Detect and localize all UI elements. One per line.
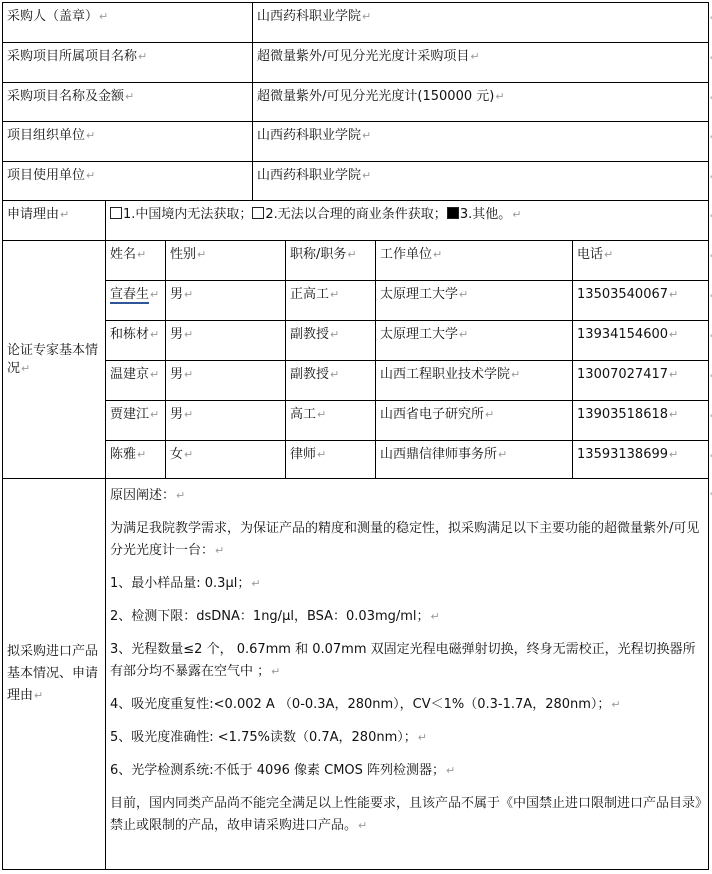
label-cell: 采购项目名称及金额↵ [3,83,253,122]
unit-text: 太原理工大学 [380,327,458,342]
row-parent-project: 采购项目所属项目名称↵ 超微量紫外/可见分光光度计采购项目↵ [3,43,709,83]
paragraph-mark-icon: ↵ [669,448,678,461]
title-text: 正高工 [290,287,329,302]
spec-text: 5、吸光度准确性: <1.75%读数（0.7A，280nm）； [110,730,417,745]
paragraph-mark-icon: ↵ [184,328,193,341]
paragraph-mark-icon: ↵ [362,10,371,23]
paragraph-mark-icon: ↵ [184,448,193,461]
paragraph-mark-icon: ↵ [138,50,147,63]
header-text: 性别 [170,247,196,262]
project-amount-label: 采购项目名称及金额 [7,89,124,104]
paragraph-mark-icon: ↵ [669,368,678,381]
reason-heading: 原因阐述：↵ [110,485,704,507]
checkbox-unchecked-icon[interactable] [110,207,122,219]
checkbox-unchecked-icon[interactable] [252,207,264,219]
column-header-name: 姓名↵ [106,241,166,281]
expert-title[interactable]: 副教授↵ [286,361,376,401]
unit-text: 山西鼎信律师事务所 [380,447,497,462]
gender-text: 女 [170,447,183,462]
row-purchaser: 采购人（盖章）↵ 山西药科职业学院↵ [3,3,709,43]
value-cell[interactable]: 山西药科职业学院↵ [253,122,709,162]
paragraph-mark-icon: ↵ [669,328,678,341]
paragraph-mark-icon: ↵ [511,368,520,381]
name-text: 贾建江 [110,407,149,422]
expert-phone[interactable]: 13503540067↵ [573,281,709,321]
paragraph-mark-icon: ↵ [459,288,468,301]
phone-text: 13007027417 [577,367,668,382]
paragraph-mark-icon: ↵ [184,408,193,421]
column-header-title: 职称/职务↵ [286,241,376,281]
parent-project-label: 采购项目所属项目名称 [7,49,137,64]
gender-text: 男 [170,287,183,302]
user-unit-label: 项目使用单位 [7,168,85,183]
spec-item: 1、最小样品量: 0.3μl；↵ [110,573,704,595]
procurement-form: 采购人（盖章）↵ 山西药科职业学院↵ 采购项目所属项目名称↵ 超微量紫外/可见分… [2,2,708,870]
paragraph-mark-icon: ↵ [347,248,356,261]
checkbox-checked-icon[interactable] [447,207,459,219]
value-cell[interactable]: 山西药科职业学院↵ [253,3,709,43]
gender-text: 男 [170,407,183,422]
paragraph-mark-icon: ↵ [99,10,108,23]
paragraph-mark-icon: ↵ [470,50,479,63]
title-text: 副教授 [290,367,329,382]
row-application-reason: 申请理由↵ 1.中国境内无法获取；2.无法以合理的商业条件获取；3.其他。↵ [3,201,709,241]
reason-option-1[interactable]: 1.中国境内无法获取； [110,207,252,222]
procurement-table: 采购人（盖章）↵ 山西药科职业学院↵ 采购项目所属项目名称↵ 超微量紫外/可见分… [2,2,709,870]
label-cell: 项目组织单位↵ [3,122,253,162]
paragraph-mark-icon: ↵ [86,169,95,182]
expert-name[interactable]: 贾建江↵ [106,401,166,441]
expert-unit[interactable]: 山西工程职业技术学院↵ [376,361,573,401]
value-cell[interactable]: 超微量紫外/可见分光光度计(150000 元)↵ [253,83,709,122]
paragraph-mark-icon: ↵ [459,328,468,341]
table-row: 贾建江↵ 男↵ 高工↵ 山西省电子研究所↵ 13903518618↵ [3,401,709,441]
spec-text: 3、光程数量≤2 个， 0.67mm 和 0.07mm 双固定光程电磁弹射切换，… [110,642,696,679]
expert-name[interactable]: 温建京↵ [106,361,166,401]
reason-option-2[interactable]: 2.无法以合理的商业条件获取； [252,207,446,222]
table-row: 温建京↵ 男↵ 副教授↵ 山西工程职业技术学院↵ 13007027417↵ [3,361,709,401]
paragraph-mark-icon: ↵ [34,689,43,702]
paragraph-mark-icon: ↵ [197,248,206,261]
paragraph-mark-icon: ↵ [330,328,339,341]
paragraph-mark-icon: ↵ [137,448,146,461]
expert-title[interactable]: 副教授↵ [286,321,376,361]
expert-name[interactable]: 和栋材↵ [106,321,166,361]
spec-item: 6、光学检测系统:不低于 4096 像素 CMOS 阵列检测器；↵ [110,760,704,782]
organizer-value: 山西药科职业学院 [257,128,361,143]
expert-unit[interactable]: 山西省电子研究所↵ [376,401,573,441]
paragraph-mark-icon: ↵ [433,248,442,261]
unit-text: 太原理工大学 [380,287,458,302]
column-header-phone: 电话↵ [573,241,709,281]
paragraph-mark-icon: ↵ [150,288,159,301]
spec-item: 4、吸光度重复性:<0.002 A （0-0.3A，280nm），CV＜1%（0… [110,694,704,716]
paragraph-mark-icon: ↵ [86,129,95,142]
paragraph-mark-icon: ↵ [495,90,504,103]
expert-title[interactable]: 高工↵ [286,401,376,441]
import-product-content-cell[interactable]: 原因阐述：↵ 为满足我院教学需求，为保证产品的精度和测量的稳定性，拟采购满足以下… [106,479,709,870]
paragraph-mark-icon: ↵ [446,764,455,777]
expert-name[interactable]: 陈雅↵ [106,441,166,479]
spec-item: 2、检测下限：dsDNA：1ng/μl，BSA：0.03mg/ml；↵ [110,606,704,628]
name-text: 宣春生 [110,287,149,304]
table-row: 宣春生↵ 男↵ 正高工↵ 太原理工大学↵ 13503540067↵ [3,281,709,321]
paragraph-mark-icon: ↵ [215,544,224,557]
spec-text: 2、检测下限：dsDNA：1ng/μl，BSA：0.03mg/ml； [110,609,430,624]
row-organizer: 项目组织单位↵ 山西药科职业学院↵ [3,122,709,162]
title-text: 律师 [290,447,316,462]
gender-text: 男 [170,367,183,382]
name-text: 温建京 [110,367,149,382]
label-cell: 采购项目所属项目名称↵ [3,43,253,83]
name-text: 陈雅 [110,447,136,462]
row-import-product: 拟采购进口产品基本情况、申请理由↵ 原因阐述：↵ 为满足我院教学需求，为保证产品… [3,479,709,870]
phone-text: 13503540067 [577,287,668,302]
row-project-amount: 采购项目名称及金额↵ 超微量紫外/可见分光光度计(150000 元)↵ [3,83,709,122]
column-header-unit: 工作单位↵ [376,241,573,281]
paragraph-mark-icon: ↵ [512,208,521,221]
paragraph-mark-icon: ↵ [184,368,193,381]
expert-gender[interactable]: 男↵ [166,321,286,361]
header-text: 姓名 [110,247,136,262]
experts-label-cell: 论证专家基本情况↵ [3,241,106,479]
reason-options-cell: 1.中国境内无法获取；2.无法以合理的商业条件获取；3.其他。↵ [106,201,709,241]
paragraph-mark-icon: ↵ [125,90,134,103]
expert-gender[interactable]: 男↵ [166,281,286,321]
paragraph-mark-icon: ↵ [60,208,69,221]
reason-option-3[interactable]: 3.其他。 [447,207,511,222]
paragraph-mark-icon: ↵ [358,819,367,832]
paragraph-mark-icon: ↵ [611,698,620,711]
paragraph-mark-icon: ↵ [604,248,613,261]
paragraph-mark-icon: ↵ [150,368,159,381]
paragraph-mark-icon: ↵ [176,489,185,502]
paragraph-mark-icon: ↵ [330,368,339,381]
paragraph-mark-icon: ↵ [669,408,678,421]
application-reason-label: 申请理由 [7,207,59,222]
paragraph-mark-icon: ↵ [251,577,260,590]
title-text: 副教授 [290,327,329,342]
expert-title[interactable]: 律师↵ [286,441,376,479]
import-product-label-cell: 拟采购进口产品基本情况、申请理由↵ [3,479,106,870]
table-row: 和栋材↵ 男↵ 副教授↵ 太原理工大学↵ 13934154600↵ [3,321,709,361]
organizer-label: 项目组织单位 [7,128,85,143]
project-amount-value: 超微量紫外/可见分光光度计(150000 元) [257,89,494,104]
conclusion-text: 目前，国内同类产品尚不能完全满足以上性能要求，且该产品不属于《中国禁止进口限制进… [110,796,702,833]
paragraph-mark-icon: ↵ [330,288,339,301]
label-cell: 申请理由↵ [3,201,106,241]
header-text: 工作单位 [380,247,432,262]
heading-text: 原因阐述： [110,488,175,503]
paragraph-mark-icon: ↵ [150,328,159,341]
expert-gender[interactable]: 男↵ [166,361,286,401]
reason-option-1-label: 1.中国境内无法获取； [123,207,252,222]
paragraph-mark-icon: ↵ [137,248,146,261]
import-product-label: 拟采购进口产品基本情况、申请理由 [7,644,98,703]
expert-unit[interactable]: 太原理工大学↵ [376,281,573,321]
expert-gender[interactable]: 男↵ [166,401,286,441]
header-text: 职称/职务 [290,247,346,262]
reason-option-2-label: 2.无法以合理的商业条件获取； [265,207,446,222]
expert-phone[interactable]: 13903518618↵ [573,401,709,441]
purchaser-label: 采购人（盖章） [7,9,98,24]
paragraph-mark-icon: ↵ [271,665,280,678]
paragraph-mark-icon: ↵ [431,610,440,623]
phone-text: 13593138699 [577,447,668,462]
unit-text: 山西工程职业技术学院 [380,367,510,382]
table-row: 陈雅↵ 女↵ 律师↵ 山西鼎信律师事务所↵ 13593138699↵ [3,441,709,479]
spec-item: 3、光程数量≤2 个， 0.67mm 和 0.07mm 双固定光程电磁弹射切换，… [110,639,704,683]
expert-gender[interactable]: 女↵ [166,441,286,479]
purchaser-value: 山西药科职业学院 [257,9,361,24]
paragraph-mark-icon: ↵ [317,448,326,461]
phone-text: 13903518618 [577,407,668,422]
user-unit-value: 山西药科职业学院 [257,168,361,183]
unit-text: 山西省电子研究所 [380,407,484,422]
paragraph-mark-icon: ↵ [485,408,494,421]
phone-text: 13934154600 [577,327,668,342]
value-cell[interactable]: 山西药科职业学院↵ [253,162,709,201]
paragraph-mark-icon: ↵ [669,288,678,301]
spec-text: 4、吸光度重复性:<0.002 A （0-0.3A，280nm），CV＜1%（0… [110,697,610,712]
paragraph-mark-icon: ↵ [362,169,371,182]
spec-text: 1、最小样品量: 0.3μl； [110,576,250,591]
paragraph-mark-icon: ↵ [21,362,30,375]
expert-title[interactable]: 正高工↵ [286,281,376,321]
parent-project-value: 超微量紫外/可见分光光度计采购项目 [257,49,469,64]
experts-header-row: 论证专家基本情况↵ 姓名↵ 性别↵ 职称/职务↵ 工作单位↵ 电话↵ [3,241,709,281]
expert-phone[interactable]: 13593138699↵ [573,441,709,479]
reason-conclusion: 目前，国内同类产品尚不能完全满足以上性能要求，且该产品不属于《中国禁止进口限制进… [110,793,704,837]
title-text: 高工 [290,407,316,422]
value-cell[interactable]: 超微量紫外/可见分光光度计采购项目↵ [253,43,709,83]
paragraph-mark-icon: ↵ [317,408,326,421]
paragraph-mark-icon: ↵ [418,731,427,744]
expert-phone[interactable]: 13007027417↵ [573,361,709,401]
label-cell: 项目使用单位↵ [3,162,253,201]
spec-text: 6、光学检测系统:不低于 4096 像素 CMOS 阵列检测器； [110,763,445,778]
expert-unit[interactable]: 太原理工大学↵ [376,321,573,361]
row-user-unit: 项目使用单位↵ 山西药科职业学院↵ [3,162,709,201]
expert-phone[interactable]: 13934154600↵ [573,321,709,361]
column-header-gender: 性别↵ [166,241,286,281]
header-text: 电话 [577,247,603,262]
reason-option-3-label: 3.其他。 [460,207,511,222]
expert-name[interactable]: 宣春生↵ [106,281,166,321]
gender-text: 男 [170,327,183,342]
name-text: 和栋材 [110,327,149,342]
spec-item: 5、吸光度准确性: <1.75%读数（0.7A，280nm）；↵ [110,727,704,749]
paragraph-mark-icon: ↵ [362,129,371,142]
expert-unit[interactable]: 山西鼎信律师事务所↵ [376,441,573,479]
label-cell: 采购人（盖章）↵ [3,3,253,43]
paragraph-mark-icon: ↵ [498,448,507,461]
paragraph-mark-icon: ↵ [150,408,159,421]
intro-text: 为满足我院教学需求，为保证产品的精度和测量的稳定性，拟采购满足以下主要功能的超微… [110,521,699,558]
reason-intro: 为满足我院教学需求，为保证产品的精度和测量的稳定性，拟采购满足以下主要功能的超微… [110,518,704,562]
paragraph-mark-icon: ↵ [184,288,193,301]
